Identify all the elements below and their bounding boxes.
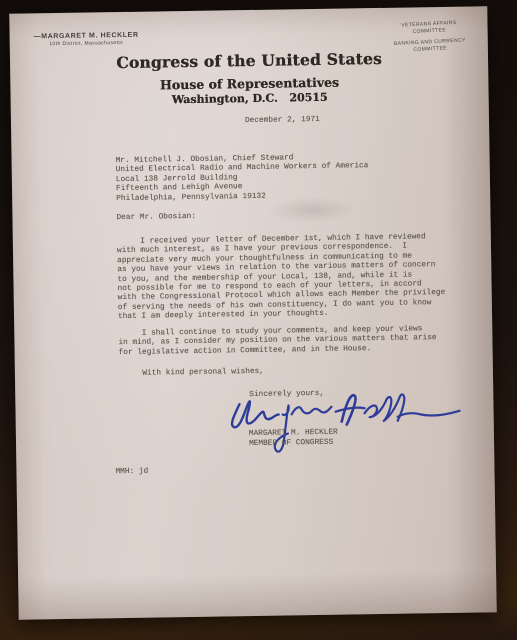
body-paragraph-1: I received your letter of December 1st, … bbox=[117, 233, 446, 323]
photo-background: { "colors": { "table_background": "#1c13… bbox=[0, 0, 517, 640]
letterhead-sender-block: —MARGARET M. HECKLER 10th District, Mass… bbox=[34, 32, 139, 48]
sender-district: 10th District, Massachusetts bbox=[34, 40, 139, 48]
body-paragraph-2: I shall continue to study your comments,… bbox=[118, 325, 437, 358]
letter-paper: —MARGARET M. HECKLER 10th District, Mass… bbox=[9, 6, 496, 619]
committee-veterans-affairs: VETERANS AFFAIRS COMMITTEE bbox=[369, 18, 490, 37]
sender-dash: — bbox=[34, 33, 42, 40]
date-line: December 2, 1971 bbox=[245, 116, 320, 127]
salutation: Dear Mr. Obosian: bbox=[116, 213, 196, 224]
closing-wishes: With kind personal wishes, bbox=[119, 368, 264, 380]
masthead-congress: Congress of the United States bbox=[10, 47, 488, 74]
typed-signer-title: MEMBER OF CONGRESS bbox=[249, 439, 333, 450]
reference-initials: MMH: jd bbox=[115, 468, 148, 478]
typed-signer-name: MARGARET M. HECKLER bbox=[249, 429, 338, 440]
recipient-address: Mr. Mitchell J. Obosian, Chief Steward U… bbox=[116, 153, 369, 204]
signature-handwriting bbox=[223, 387, 468, 465]
